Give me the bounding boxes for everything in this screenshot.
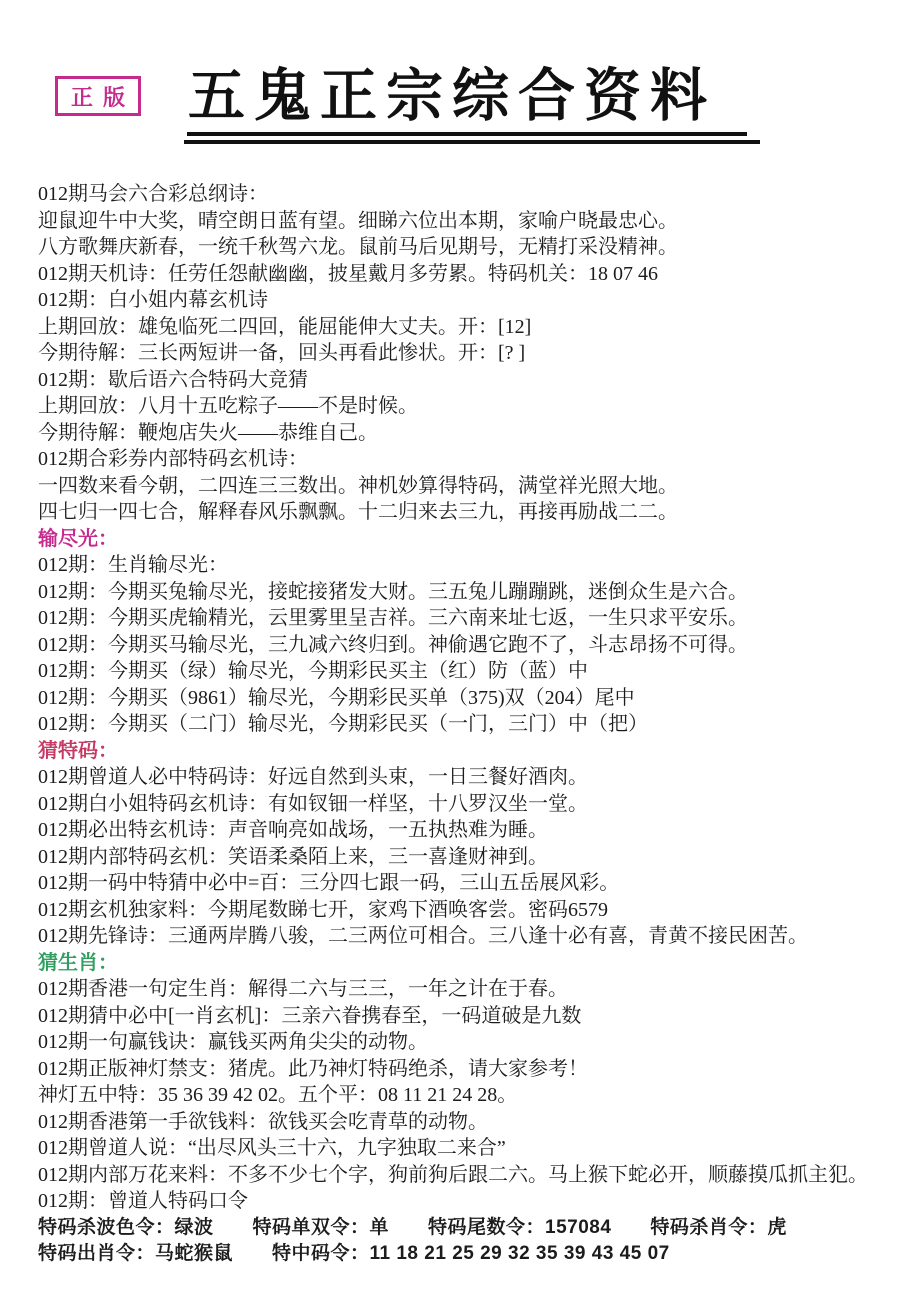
- text-line: 012期：今期买兔输尽光，接蛇接猪发大财。三五兔儿蹦蹦跳，迷倒众生是六合。: [38, 579, 884, 606]
- text-line: 012期：今期买（绿）输尽光，今期彩民买主（红）防（蓝）中: [38, 658, 884, 685]
- text-line: 012期猜中必中[一肖玄机]：三亲六眷携春至，一码道破是九数: [38, 1003, 884, 1030]
- section-heading: 猜特码：: [38, 738, 884, 765]
- authenticity-badge: 正版: [55, 76, 141, 116]
- text-line: 012期曾道人说：“出尽风头三十六，九字独取二来合”: [38, 1135, 884, 1162]
- section-heading: 猜生肖：: [38, 950, 884, 977]
- text-line: 012期先锋诗：三通两岸腾八骏，二三两位可相合。三八逢十必有喜，青黄不接民困苦。: [38, 923, 884, 950]
- text-line: 012期白小姐特码玄机诗：有如钗钿一样坚，十八罗汉坐一堂。: [38, 791, 884, 818]
- text-line: 神灯五中特：35 36 39 42 02。五个平：08 11 21 24 28。: [38, 1082, 884, 1109]
- section-heading: 输尽光：: [38, 526, 884, 553]
- text-line: 012期内部特码玄机：笑语柔桑陌上来，三一喜逢财神到。: [38, 844, 884, 871]
- title-underline-top: [187, 132, 747, 136]
- text-line: 012期：今期买虎输精光，云里雾里呈吉祥。三六南来址七返，一生只求平安乐。: [38, 605, 884, 632]
- text-line: 012期：白小姐内幕玄机诗: [38, 287, 884, 314]
- text-line: 四七归一四七合，解释春风乐飘飘。十二归来去三九，再接再励战二二。: [38, 499, 884, 526]
- page: 正版 五鬼正宗综合资料 012期马会六合彩总纲诗：迎鼠迎牛中大奖，晴空朗日蓝有望…: [0, 0, 900, 1301]
- text-line: 八方歌舞庆新春，一统千秋驾六龙。鼠前马后见期号，无精打采没精神。: [38, 234, 884, 261]
- text-line: 特码出肖令：马蛇猴鼠 特中码令：11 18 21 25 29 32 35 39 …: [38, 1241, 884, 1268]
- text-line: 012期一句赢钱诀：赢钱买两角尖尖的动物。: [38, 1029, 884, 1056]
- text-line: 上期回放：八月十五吃粽子——不是时候。: [38, 393, 884, 420]
- text-line: 今期待解：鞭炮店失火——恭维自己。: [38, 420, 884, 447]
- text-line: 上期回放：雄兔临死二四回，能屈能伸大丈夫。开：[12]: [38, 314, 884, 341]
- page-title: 五鬼正宗综合资料: [188, 50, 716, 132]
- text-line: 今期待解：三长两短讲一备，回头再看此惨状。开：[? ]: [38, 340, 884, 367]
- title-underline-bottom: [184, 140, 760, 144]
- text-line: 012期：歇后语六合特码大竞猜: [38, 367, 884, 394]
- text-line: 一四数来看今朝，二四连三三数出。神机妙算得特码，满堂祥光照大地。: [38, 473, 884, 500]
- text-line: 012期：今期买马输尽光，三九减六终归到。神偷遇它跑不了，斗志昂扬不可得。: [38, 632, 884, 659]
- text-line: 012期马会六合彩总纲诗：: [38, 181, 884, 208]
- text-line: 012期：生肖输尽光：: [38, 552, 884, 579]
- text-line: 012期曾道人必中特码诗：好远自然到头束，一日三餐好酒肉。: [38, 764, 884, 791]
- text-line: 特码杀波色令：绿波 特码单双令：单 特码尾数令：157084 特码杀肖令：虎: [38, 1215, 884, 1242]
- text-line: 012期：今期买（二门）输尽光，今期彩民买（一门，三门）中（把）: [38, 711, 884, 738]
- text-line: 012期：今期买（9861）输尽光，今期彩民买单（375)双（204）尾中: [38, 685, 884, 712]
- text-line: 012期香港第一手欲钱料：欲钱买会吃青草的动物。: [38, 1109, 884, 1136]
- text-line: 迎鼠迎牛中大奖，晴空朗日蓝有望。细睇六位出本期，家喻户晓最忠心。: [38, 208, 884, 235]
- text-line: 012期一码中特猜中必中=百：三分四七跟一码，三山五岳展风彩。: [38, 870, 884, 897]
- text-line: 012期香港一句定生肖：解得二六与三三，一年之计在于春。: [38, 976, 884, 1003]
- text-line: 012期天机诗：任劳任怨献幽幽，披星戴月多劳累。特码机关：18 07 46: [38, 261, 884, 288]
- content-lines: 012期马会六合彩总纲诗：迎鼠迎牛中大奖，晴空朗日蓝有望。细睇六位出本期，家喻户…: [38, 181, 884, 1268]
- text-line: 012期玄机独家料：今期尾数睇七开，家鸡下酒唤客尝。密码6579: [38, 897, 884, 924]
- text-line: 012期必出特玄机诗：声音响亮如战场，一五执热难为睡。: [38, 817, 884, 844]
- text-line: 012期合彩券内部特码玄机诗：: [38, 446, 884, 473]
- text-line: 012期：曾道人特码口令: [38, 1188, 884, 1215]
- authenticity-badge-label: 正版: [71, 81, 135, 112]
- text-line: 012期正版神灯禁支：猪虎。此乃神灯特码绝杀，请大家参考！: [38, 1056, 884, 1083]
- text-line: 012期内部万花来料：不多不少七个字，狗前狗后跟二六。马上猴下蛇必开，顺藤摸瓜抓…: [38, 1162, 884, 1189]
